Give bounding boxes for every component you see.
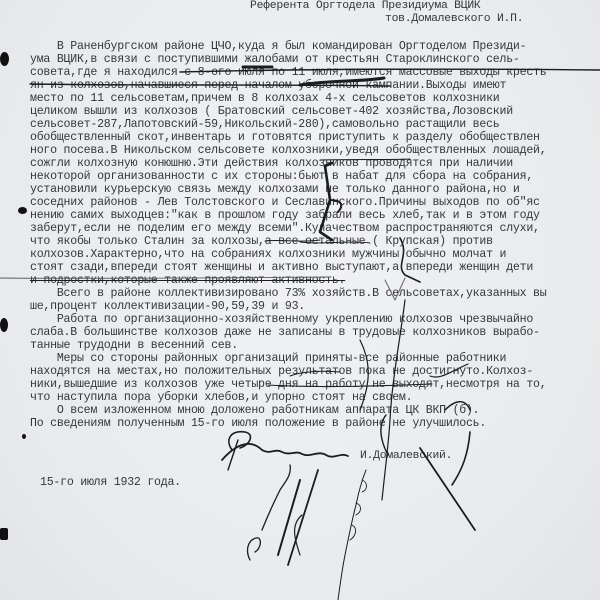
document-date: 15-го июля 1932 года. (40, 476, 181, 489)
typed-signature: И.Домалевский. (360, 450, 452, 463)
body-line: нению самих выходцев:"как в прошлом году… (30, 209, 540, 222)
body-line: Всего в районе коллективизировано 73% хо… (30, 287, 546, 300)
body-line: совета,где я находился с 8-ого июля по 1… (30, 66, 546, 79)
body-line: ного посева.В Никольском сельсовете колх… (30, 144, 546, 157)
body-line: слаба.В большинстве колхозов даже не зап… (30, 326, 540, 339)
body-line: Работа по организационно-хозяйственному … (30, 313, 533, 326)
body-line: находятся на местах,но положительных рез… (30, 365, 533, 378)
body-line: некоторой организованности с их стороны:… (30, 170, 533, 183)
body-line: сельсовет-287,Лапотовский-59,Никольский-… (30, 118, 500, 131)
body-line: В Раненбургском районе ЦЧО,куда я был ко… (30, 40, 526, 53)
body-line: ян из колхозов,начавшиеся перед началом … (30, 79, 506, 92)
body-line: По сведениям полученным 15-го июля полож… (30, 417, 486, 430)
punch-hole (0, 52, 9, 66)
document-page: Референта Оргтодела Президиума ВЦИК тов.… (0, 0, 600, 600)
punch-hole (0, 318, 8, 332)
header-line-1: Референта Оргтодела Президиума ВЦИК (250, 0, 481, 13)
body-line: и подростки,которые также проявляют акти… (30, 274, 345, 287)
body-line: Меры со стороны районных организаций при… (30, 352, 506, 365)
body-line: сожгли колхозную конюшню.Эти действия ко… (30, 157, 513, 170)
body-line: что наступила пора уборки хлебов,и упорн… (30, 391, 412, 404)
punch-hole (18, 207, 27, 214)
body-line: ше,процент коллективизации-90,59,39 и 93… (30, 300, 305, 313)
body-line: соседних районов - Лев Толстовского и Се… (30, 196, 540, 209)
body-line: целиком вышли из колхозов ( Братовский с… (30, 105, 513, 118)
punch-hole (0, 528, 8, 540)
body-line: стоят сзади,впереди стоят женщины и акти… (30, 261, 533, 274)
body-line: установили курьерскую связь между колхоз… (30, 183, 520, 196)
body-line: О всем изложенном мною доложено работник… (30, 404, 479, 417)
body-line: колхозов.Характерно,что на собраниях кол… (30, 248, 506, 261)
body-line: танные трудодни в весенний сев. (30, 339, 238, 352)
body-line: ума ВЦИК,в связи с поступившими жалобами… (30, 53, 520, 66)
header-line-2: тов.Домалевского И.П. (385, 13, 523, 26)
body-line: ники,вышедшие из колхозов уже четыре дня… (30, 378, 546, 391)
body-line: обобществленный скот,инвентарь и готовят… (30, 131, 540, 144)
body-line: место по 11 сельсоветам,причем в 8 колхо… (30, 92, 500, 105)
body-line: заберут,если не поделим его между всеми"… (30, 222, 540, 235)
body-line: что якобы только Сталин за колхозы,а все… (30, 235, 493, 248)
punch-hole (22, 434, 26, 439)
